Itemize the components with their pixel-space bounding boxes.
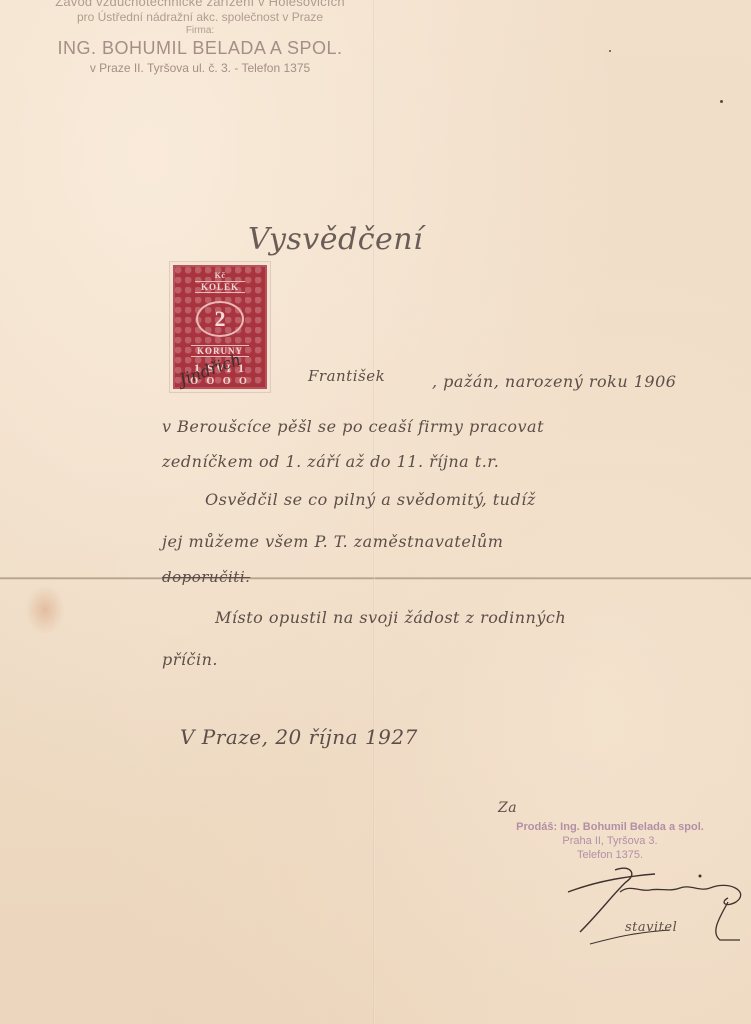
body-line-3: zedníčkem od 1. září až do 11. října t.r… [162,452,499,471]
body-line-4: Osvědčil se co pilný a svědomitý, tudíž [205,490,536,509]
document-title: Vysvědčení [248,222,423,257]
signatory-title: stavitel [625,920,677,935]
paper-speck [720,100,723,103]
paper-stain [25,585,65,635]
paper-speck [609,50,611,52]
body-line-2: v Beroušcíce pěšl se po ceaší firmy prac… [162,417,544,436]
horizontal-fold-crease [0,577,751,580]
body-line-1: , pažán, narozený roku 1906 [432,372,676,391]
stamp-label: KOLEK [195,281,245,293]
employee-name: František [308,367,385,385]
letterhead-line-1: Závod vzduchotechnické zařízení v Holešo… [20,0,380,9]
stamp-currency: Kč [215,271,226,280]
body-line-8: příčin. [162,650,218,669]
body-line-5: jej můžeme všem P. T. zaměstnavatelům [162,532,503,551]
document-page: Závod vzduchotechnické zařízení v Holešo… [0,0,751,1024]
signature-scrawl [560,862,750,952]
letterhead-line-2: pro Ústřední nádražní akc. společnost v … [20,10,380,24]
company-stamp-line-2: Praha II, Tyršova 3. [515,834,705,848]
letterhead-company-name: ING. BOHUMIL BELADA A SPOL. [20,38,380,59]
vertical-fold-crease [373,0,375,1024]
company-stamp-line-1: Prodáš: Ing. Bohumil Belada a spol. [515,820,705,834]
letterhead-address: v Praze II. Tyršova ul. č. 3. - Telefon … [20,61,380,75]
company-stamp-line-3: Telefon 1375. [515,848,705,862]
letterhead: Závod vzduchotechnické zařízení v Holešo… [20,0,380,75]
company-rubber-stamp: Prodáš: Ing. Bohumil Belada a spol. Prah… [515,820,705,862]
date-line: V Praze, 20 října 1927 [180,725,418,749]
body-line-7: Místo opustil na svoji žádost z rodinnýc… [215,608,566,627]
closing-word: Za [498,800,517,816]
letterhead-line-3: Firma: [20,25,380,36]
stamp-value: 2 [196,301,244,337]
body-line-6: doporučiti. [162,568,250,586]
